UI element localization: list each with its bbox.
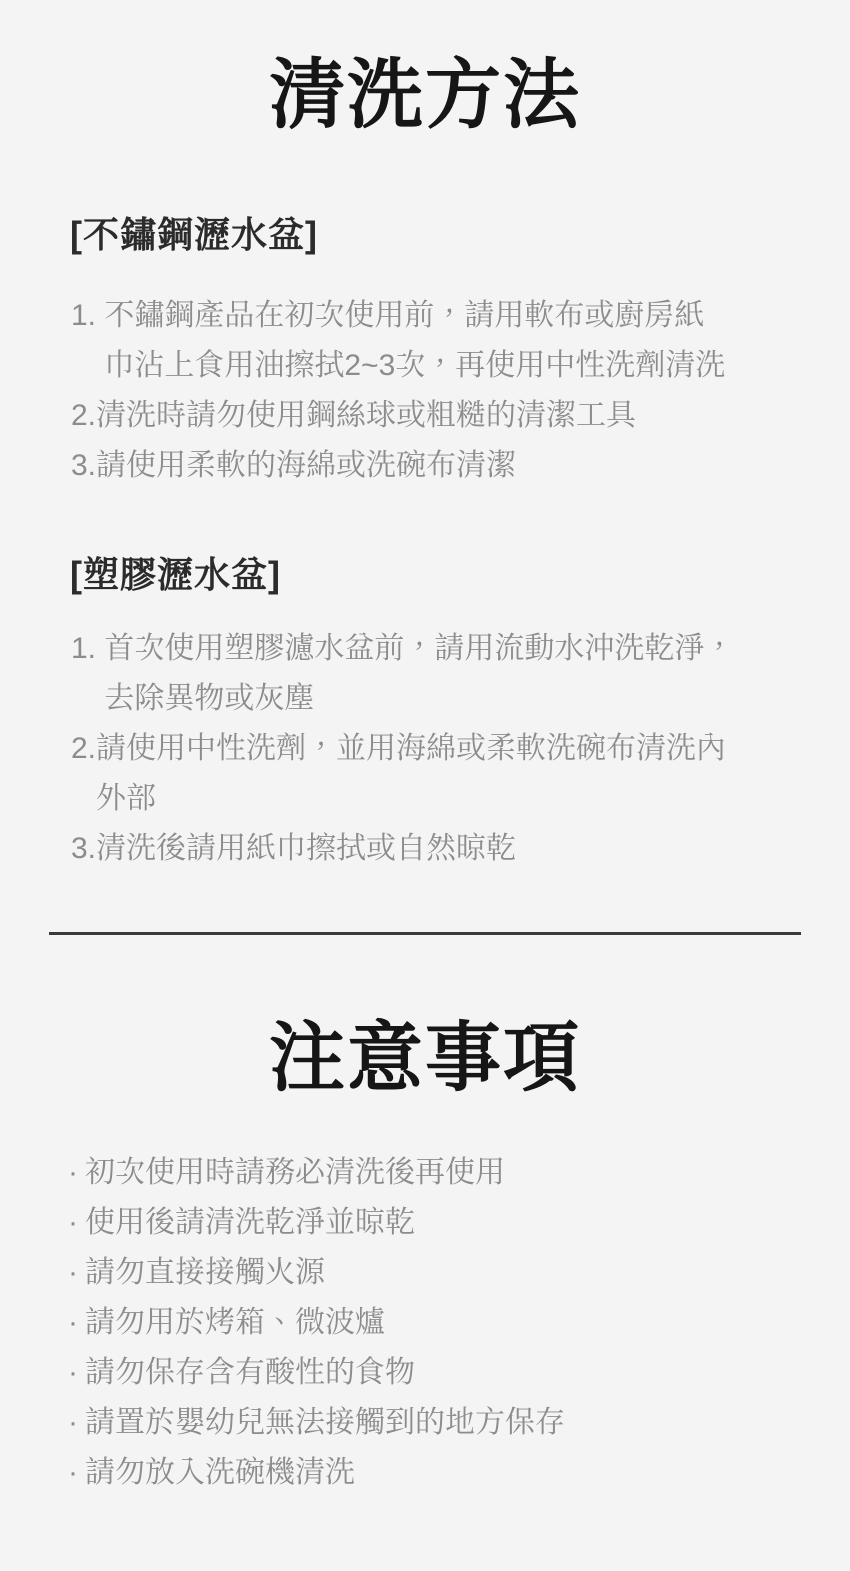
bullet-dot-icon: · <box>68 1248 85 1298</box>
list-item-text: 請使用中性洗劑，並用海綿或柔軟洗碗布清洗內外部 <box>96 724 737 824</box>
notice-item: · 請勿放入洗碗機清洗 <box>68 1448 850 1498</box>
notice-item-text: 請勿放入洗碗機清洗 <box>85 1448 355 1498</box>
notice-title: 注意事項 <box>0 1015 850 1102</box>
notice-item-text: 請勿用於烤箱、微波爐 <box>85 1298 385 1348</box>
bullet-dot-icon: · <box>68 1298 85 1348</box>
notice-item-text: 使用後請清洗乾淨並晾乾 <box>85 1198 415 1248</box>
care-instructions-page: 清洗方法 [不鏽鋼瀝水盆] 1. 不鏽鋼產品在初次使用前，請用軟布或廚房紙巾沾上… <box>0 0 850 1571</box>
notice-item: · 請勿用於烤箱、微波爐 <box>68 1298 850 1348</box>
plastic-basin-section: [塑膠瀝水盆] 1. 首次使用塑膠濾水盆前，請用流動水沖洗乾淨，去除異物或灰塵 … <box>0 553 850 874</box>
cleaning-method-title: 清洗方法 <box>0 52 850 139</box>
list-item-number: 3. <box>71 441 96 491</box>
list-item: 2. 請使用中性洗劑，並用海綿或柔軟洗碗布清洗內外部 <box>71 724 850 824</box>
list-item-number: 2. <box>71 724 96 774</box>
list-item-number: 3. <box>71 824 96 874</box>
section-divider <box>49 932 801 935</box>
bullet-dot-icon: · <box>68 1448 85 1498</box>
stainless-basin-section: [不鏽鋼瀝水盆] 1. 不鏽鋼產品在初次使用前，請用軟布或廚房紙巾沾上食用油擦拭… <box>0 213 850 490</box>
list-item: 3. 清洗後請用紙巾擦拭或自然晾乾 <box>71 824 850 874</box>
notice-item: · 請勿直接接觸火源 <box>68 1248 850 1298</box>
bullet-dot-icon: · <box>68 1398 85 1448</box>
plastic-section-heading: [塑膠瀝水盆] <box>70 553 850 596</box>
notice-item: · 請勿保存含有酸性的食物 <box>68 1348 850 1398</box>
list-item-number: 2. <box>71 391 96 441</box>
notice-item-text: 請勿保存含有酸性的食物 <box>85 1348 415 1398</box>
list-item-text: 請使用柔軟的海綿或洗碗布清潔 <box>96 441 516 491</box>
notice-item: · 使用後請清洗乾淨並晾乾 <box>68 1198 850 1248</box>
notice-item: · 初次使用時請務必清洗後再使用 <box>68 1148 850 1198</box>
stainless-instruction-list: 1. 不鏽鋼產品在初次使用前，請用軟布或廚房紙巾沾上食用油擦拭2~3次，再使用中… <box>0 291 850 491</box>
plastic-instruction-list: 1. 首次使用塑膠濾水盆前，請用流動水沖洗乾淨，去除異物或灰塵 2. 請使用中性… <box>0 624 850 874</box>
bullet-dot-icon: · <box>68 1348 85 1398</box>
list-item: 3. 請使用柔軟的海綿或洗碗布清潔 <box>71 441 850 491</box>
bullet-dot-icon: · <box>68 1198 85 1248</box>
list-item-text: 清洗後請用紙巾擦拭或自然晾乾 <box>96 824 516 874</box>
list-item-text: 首次使用塑膠濾水盆前，請用流動水沖洗乾淨，去除異物或灰塵 <box>104 624 745 724</box>
stainless-section-heading: [不鏽鋼瀝水盆] <box>70 213 850 256</box>
list-item-text: 不鏽鋼產品在初次使用前，請用軟布或廚房紙巾沾上食用油擦拭2~3次，再使用中性洗劑… <box>104 291 730 391</box>
list-item-number: 1. <box>71 624 104 674</box>
notice-item: · 請置於嬰幼兒無法接觸到的地方保存 <box>68 1398 850 1448</box>
list-item: 1. 首次使用塑膠濾水盆前，請用流動水沖洗乾淨，去除異物或灰塵 <box>71 624 850 724</box>
notice-item-text: 初次使用時請務必清洗後再使用 <box>85 1148 505 1198</box>
notice-item-text: 請置於嬰幼兒無法接觸到的地方保存 <box>85 1398 565 1448</box>
notice-list: · 初次使用時請務必清洗後再使用 · 使用後請清洗乾淨並晾乾 · 請勿直接接觸火… <box>0 1148 850 1498</box>
bullet-dot-icon: · <box>68 1148 85 1198</box>
list-item-number: 1. <box>71 291 104 341</box>
list-item: 1. 不鏽鋼產品在初次使用前，請用軟布或廚房紙巾沾上食用油擦拭2~3次，再使用中… <box>71 291 850 391</box>
notice-item-text: 請勿直接接觸火源 <box>85 1248 325 1298</box>
list-item: 2. 清洗時請勿使用鋼絲球或粗糙的清潔工具 <box>71 391 850 441</box>
list-item-text: 清洗時請勿使用鋼絲球或粗糙的清潔工具 <box>96 391 636 441</box>
